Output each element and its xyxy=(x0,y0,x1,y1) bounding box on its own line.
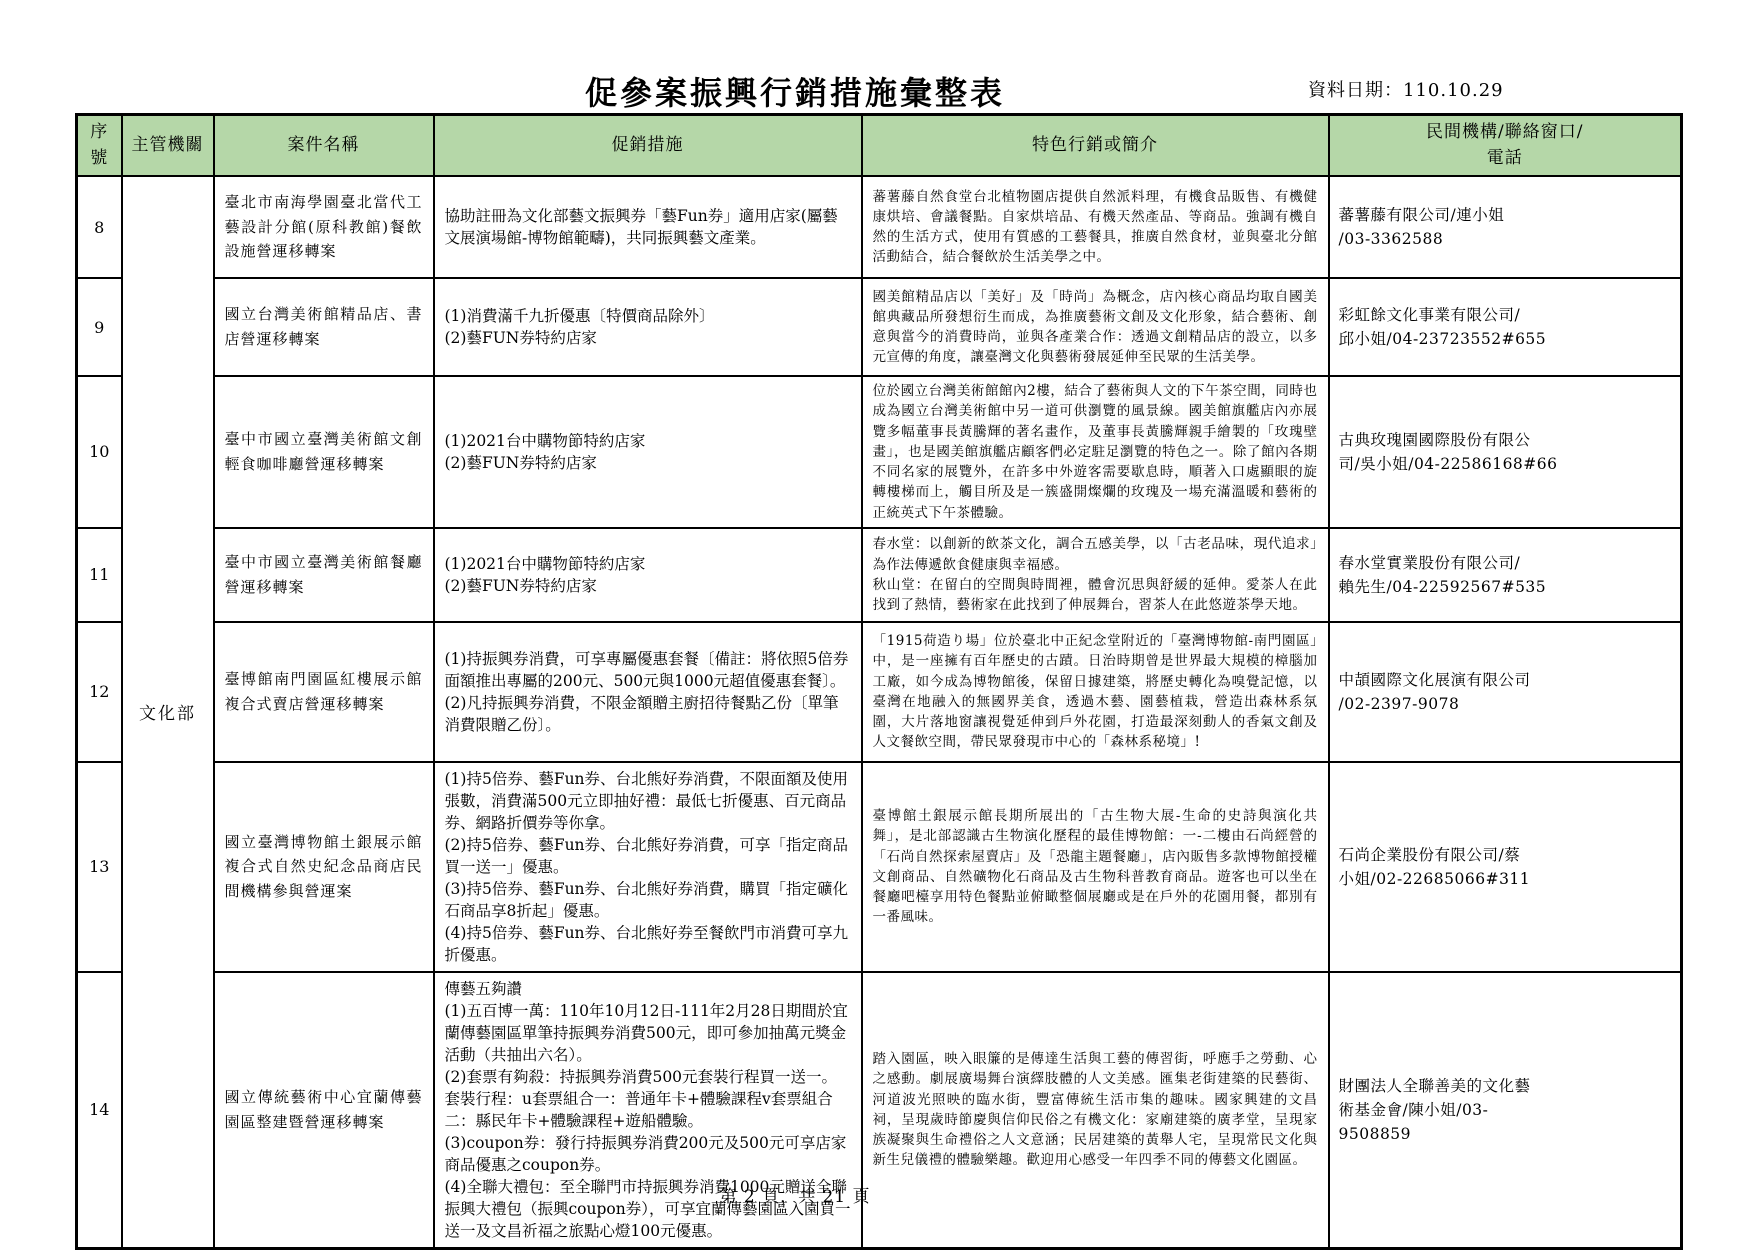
header-row: 序 號 主管機關 案件名稱 促銷措施 特色行銷或簡介 民間機構/聯絡窗口/ 電話 xyxy=(77,115,1682,177)
cell-contact: 財團法人全聯善美的文化藝 術基金會/陳小姐/03- 9508859 xyxy=(1329,972,1682,1249)
cell-contact: 彩虹餘文化事業有限公司/ 邱小姐/04-23723552#655 xyxy=(1329,278,1682,376)
cell-case-name: 臺博館南門園區紅樓展示館複合式賣店營運移轉案 xyxy=(214,622,434,762)
cell-feature: 春水堂：以創新的飲茶文化，調合五感美學，以「古老品味，現代追求」為作法傳遞飲食健… xyxy=(862,528,1329,622)
cell-promotion: (1)持5倍券、藝Fun券、台北熊好券消費，不限面額及使用張數，消費滿500元立… xyxy=(434,762,862,972)
cell-seq: 12 xyxy=(77,622,122,762)
cell-case-name: 臺中市國立臺灣美術館文創輕食咖啡廳營運移轉案 xyxy=(214,376,434,528)
cell-contact: 石尚企業股份有限公司/蔡 小姐/02-22685066#311 xyxy=(1329,762,1682,972)
page-title: 促參案振興行銷措施彙整表 xyxy=(585,68,1005,114)
header-promotion: 促銷措施 xyxy=(434,115,862,177)
cell-contact: 中頡國際文化展演有限公司 /02-2397-9078 xyxy=(1329,622,1682,762)
cell-case-name: 臺中市國立臺灣美術館餐廳營運移轉案 xyxy=(214,528,434,622)
cell-feature: 國美館精品店以「美好」及「時尚」為概念，店內核心商品均取自國美館典藏品所發想衍生… xyxy=(862,278,1329,376)
cell-promotion: (1)持振興券消費，可享專屬優惠套餐〔備註：將依照5倍券面額推出專屬的200元、… xyxy=(434,622,862,762)
cell-case-name: 國立台灣美術館精品店、書店營運移轉案 xyxy=(214,278,434,376)
cell-seq: 8 xyxy=(77,176,122,278)
data-date-label: 資料日期：110.10.29 xyxy=(1308,76,1504,102)
cell-seq: 9 xyxy=(77,278,122,376)
header-agency: 主管機關 xyxy=(122,115,214,177)
cell-promotion: 協助註冊為文化部藝文振興券「藝Fun券」適用店家(屬藝文展演場館-博物館範疇)，… xyxy=(434,176,862,278)
cell-feature: 臺博館土銀展示館長期所展出的「古生物大展-生命的史詩與演化共舞」，是北部認識古生… xyxy=(862,762,1329,972)
cell-contact: 春水堂實業股份有限公司/ 賴先生/04-22592567#535 xyxy=(1329,528,1682,622)
cell-case-name: 臺北市南海學園臺北當代工藝設計分館(原科教館)餐飲設施營運移轉案 xyxy=(214,176,434,278)
cell-contact: 古典玫瑰園國際股份有限公 司/吳小姐/04-22586168#66 xyxy=(1329,376,1682,528)
cell-seq: 13 xyxy=(77,762,122,972)
table-row: 14 國立傳統藝術中心宜蘭傳藝園區整建暨營運移轉案 傳藝五夠讚 (1)五百博一萬… xyxy=(77,972,1682,1249)
table-row: 8 文化部 臺北市南海學園臺北當代工藝設計分館(原科教館)餐飲設施營運移轉案 協… xyxy=(77,176,1682,278)
table-row: 11 臺中市國立臺灣美術館餐廳營運移轉案 (1)2021台中購物節特約店家 (2… xyxy=(77,528,1682,622)
page-footer: 第 2 頁，共 21 頁 xyxy=(719,1182,870,1207)
cell-agency: 文化部 xyxy=(122,176,214,1248)
cell-feature: 蕃薯藤自然食堂台北植物園店提供自然派料理，有機食品販售、有機健康烘培、會議餐點。… xyxy=(862,176,1329,278)
header-contact: 民間機構/聯絡窗口/ 電話 xyxy=(1329,115,1682,177)
table-row: 12 臺博館南門園區紅樓展示館複合式賣店營運移轉案 (1)持振興券消費，可享專屬… xyxy=(77,622,1682,762)
header-feature: 特色行銷或簡介 xyxy=(862,115,1329,177)
cell-case-name: 國立傳統藝術中心宜蘭傳藝園區整建暨營運移轉案 xyxy=(214,972,434,1249)
cell-promotion: (1)2021台中購物節特約店家 (2)藝FUN券特約店家 xyxy=(434,528,862,622)
cell-feature: 位於國立台灣美術館館內2樓，結合了藝術與人文的下午茶空間，同時也成為國立台灣美術… xyxy=(862,376,1329,528)
cell-seq: 11 xyxy=(77,528,122,622)
table-row: 9 國立台灣美術館精品店、書店營運移轉案 (1)消費滿千九折優惠〔特價商品除外〕… xyxy=(77,278,1682,376)
header-case-name: 案件名稱 xyxy=(214,115,434,177)
table-row: 10 臺中市國立臺灣美術館文創輕食咖啡廳營運移轉案 (1)2021台中購物節特約… xyxy=(77,376,1682,528)
header-seq: 序 號 xyxy=(77,115,122,177)
cell-case-name: 國立臺灣博物館土銀展示館複合式自然史紀念品商店民間機構參與營運案 xyxy=(214,762,434,972)
table-row: 13 國立臺灣博物館土銀展示館複合式自然史紀念品商店民間機構參與營運案 (1)持… xyxy=(77,762,1682,972)
cell-seq: 14 xyxy=(77,972,122,1249)
cell-seq: 10 xyxy=(77,376,122,528)
cell-feature: 「1915荷造り場」位於臺北中正紀念堂附近的「臺灣博物館-南門園區」中，是一座擁… xyxy=(862,622,1329,762)
cell-contact: 蕃薯藤有限公司/連小姐 /03-3362588 xyxy=(1329,176,1682,278)
cell-feature: 踏入園區，映入眼簾的是傳達生活與工藝的傳習街，呼應手之勞動、心之感動。劇展廣場舞… xyxy=(862,972,1329,1249)
cell-promotion: (1)2021台中購物節特約店家 (2)藝FUN券特約店家 xyxy=(434,376,862,528)
promotion-summary-table: 序 號 主管機關 案件名稱 促銷措施 特色行銷或簡介 民間機構/聯絡窗口/ 電話… xyxy=(75,113,1683,1250)
cell-promotion: (1)消費滿千九折優惠〔特價商品除外〕 (2)藝FUN券特約店家 xyxy=(434,278,862,376)
